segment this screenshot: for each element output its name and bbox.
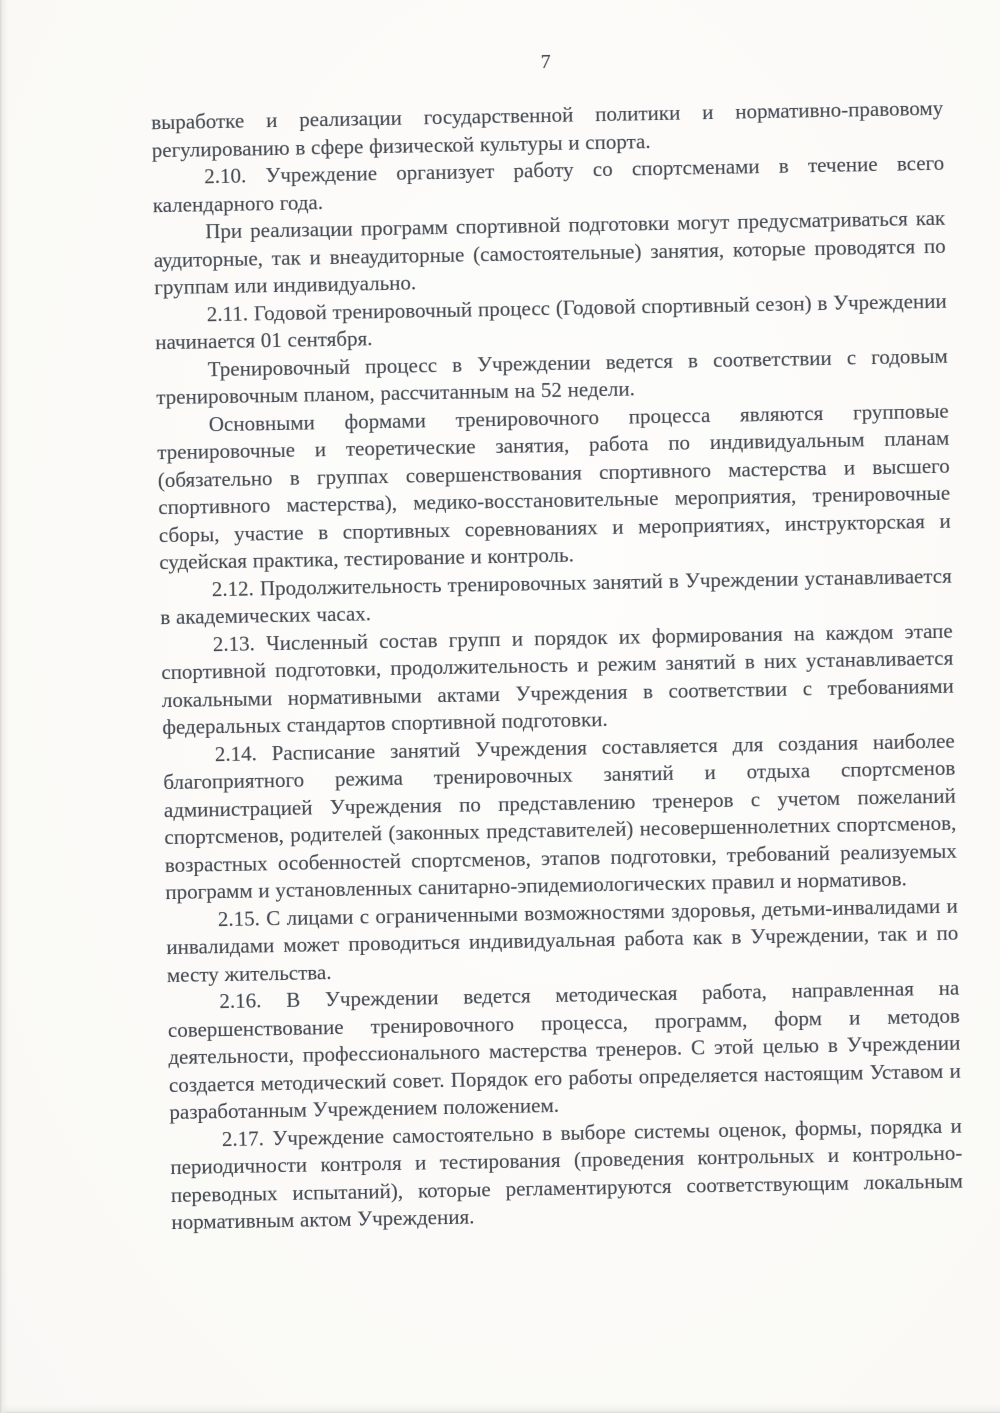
paragraph: 2.15. С лицами с ограниченными возможнос… (166, 892, 959, 989)
page-content: 7 выработке и реализации государственной… (150, 43, 963, 1237)
scanned-page: 7 выработке и реализации государственной… (0, 0, 1000, 1413)
paragraph: 2.14. Расписание занятий Учреждения сост… (163, 727, 958, 906)
paragraph: 2.16. В Учреждении ведется методическая … (167, 975, 961, 1127)
paragraph: Основными формами тренировочного процесс… (157, 397, 952, 576)
paragraph: При реализации программ спортивной подго… (153, 205, 946, 302)
paragraph: 2.13. Численный состав групп и порядок и… (161, 617, 955, 741)
document-body: выработке и реализации государственной п… (151, 95, 964, 1237)
paragraph: 2.17. Учреждение самостоятельно в выборе… (170, 1112, 964, 1236)
page-number: 7 (150, 43, 942, 82)
